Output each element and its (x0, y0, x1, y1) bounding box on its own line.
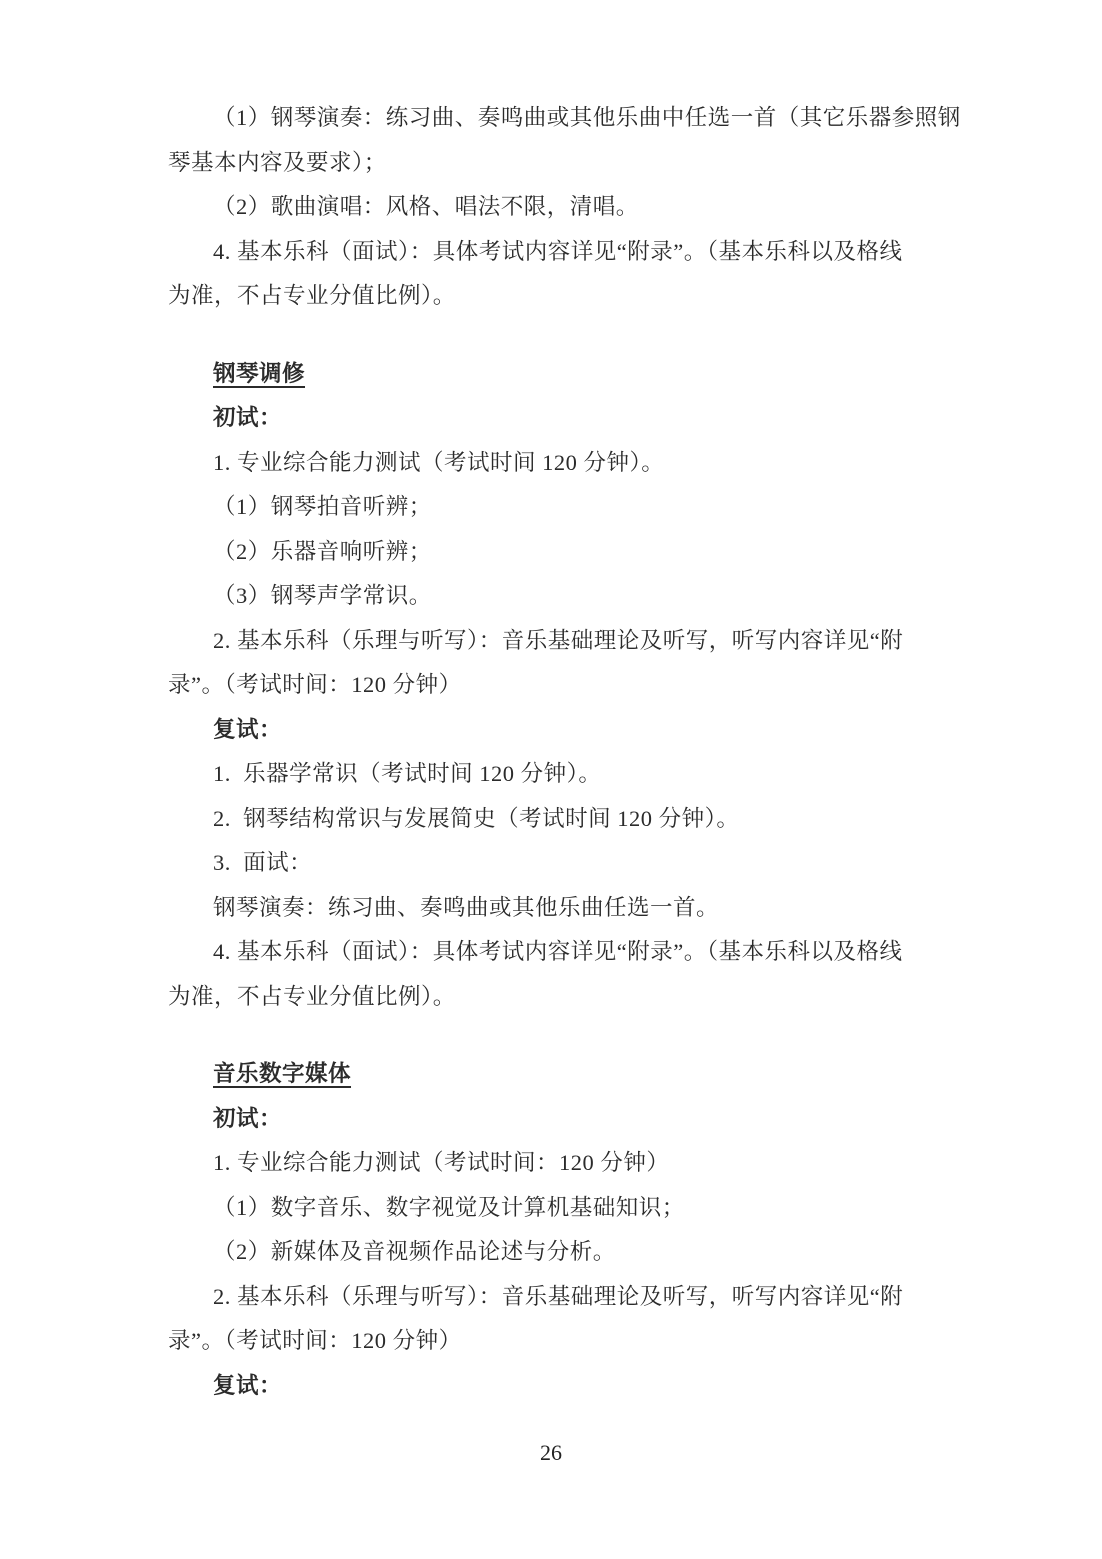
text-line: 为准，不占专业分值比例）。 (168, 975, 940, 1020)
line-text: （1）钢琴演奏：练习曲、奏鸣曲或其他乐曲中任选一首（其它乐器参照钢 (213, 105, 961, 130)
line-text: 复试： (213, 717, 282, 742)
line-text: 复试： (213, 1373, 282, 1398)
line-text: 钢琴演奏：练习曲、奏鸣曲或其他乐曲任选一首。 (213, 895, 719, 920)
text-line: （2）新媒体及音视频作品论述与分析。 (168, 1230, 940, 1275)
text-line: 1. 乐器学常识（考试时间 120 分钟）。 (168, 752, 940, 797)
line-text: 2. 钢琴结构常识与发展简史（考试时间 120 分钟）。 (213, 806, 739, 831)
line-text: （2）歌曲演唱：风格、唱法不限，清唱。 (213, 194, 639, 219)
stage-subheading: 初试： (168, 396, 940, 441)
text-line: 为准，不占专业分值比例）。 (168, 274, 940, 319)
text-line: 3. 面试： (168, 841, 940, 886)
document-page: （1）钢琴演奏：练习曲、奏鸣曲或其他乐曲中任选一首（其它乐器参照钢琴基本内容及要… (0, 0, 1102, 1559)
line-text: （3）钢琴声学常识。 (213, 583, 432, 608)
document-body: （1）钢琴演奏：练习曲、奏鸣曲或其他乐曲中任选一首（其它乐器参照钢琴基本内容及要… (168, 96, 940, 1408)
line-text: 初试： (213, 1106, 282, 1131)
line-text: 1. 乐器学常识（考试时间 120 分钟）。 (213, 761, 601, 786)
section-heading: 音乐数字媒体 (168, 1052, 940, 1097)
page-number: 26 (0, 1440, 1102, 1466)
stage-subheading: 复试： (168, 1364, 940, 1409)
line-text: 4. 基本乐科（面试）：具体考试内容详见“附录”。（基本乐科以及格线 (213, 239, 902, 264)
text-line: 1. 专业综合能力测试（考试时间 120 分钟）。 (168, 441, 940, 486)
text-line: 录”。（考试时间：120 分钟） (168, 1319, 940, 1364)
line-text: 琴基本内容及要求）； (168, 150, 387, 175)
text-line: 4. 基本乐科（面试）：具体考试内容详见“附录”。（基本乐科以及格线 (168, 230, 940, 275)
line-text: 音乐数字媒体 (213, 1061, 351, 1086)
text-line: （2）歌曲演唱：风格、唱法不限，清唱。 (168, 185, 940, 230)
line-text: （2）乐器音响听辨； (213, 539, 432, 564)
line-text: 录”。（考试时间：120 分钟） (168, 1328, 462, 1353)
line-text: 录”。（考试时间：120 分钟） (168, 672, 462, 697)
text-line: 4. 基本乐科（面试）：具体考试内容详见“附录”。（基本乐科以及格线 (168, 930, 940, 975)
stage-subheading: 复试： (168, 708, 940, 753)
line-text: 2. 基本乐科（乐理与听写）：音乐基础理论及听写，听写内容详见“附 (213, 1284, 903, 1309)
line-text: 1. 专业综合能力测试（考试时间：120 分钟） (213, 1150, 669, 1175)
text-line: （1）钢琴演奏：练习曲、奏鸣曲或其他乐曲中任选一首（其它乐器参照钢 (168, 96, 940, 141)
line-text: 为准，不占专业分值比例）。 (168, 283, 456, 308)
line-text: （1）钢琴拍音听辨； (213, 494, 432, 519)
text-line: 1. 专业综合能力测试（考试时间：120 分钟） (168, 1141, 940, 1186)
section-heading: 钢琴调修 (168, 352, 940, 397)
text-line: 钢琴演奏：练习曲、奏鸣曲或其他乐曲任选一首。 (168, 886, 940, 931)
stage-subheading: 初试： (168, 1097, 940, 1142)
text-line: （2）乐器音响听辨； (168, 530, 940, 575)
text-line: （1）钢琴拍音听辨； (168, 485, 940, 530)
line-text: 钢琴调修 (213, 361, 305, 386)
text-line: 2. 基本乐科（乐理与听写）：音乐基础理论及听写，听写内容详见“附 (168, 619, 940, 664)
text-line: 2. 钢琴结构常识与发展简史（考试时间 120 分钟）。 (168, 797, 940, 842)
line-text: 2. 基本乐科（乐理与听写）：音乐基础理论及听写，听写内容详见“附 (213, 628, 903, 653)
line-text: 初试： (213, 405, 282, 430)
text-line: （3）钢琴声学常识。 (168, 574, 940, 619)
text-line: （1）数字音乐、数字视觉及计算机基础知识； (168, 1186, 940, 1231)
line-text: 1. 专业综合能力测试（考试时间 120 分钟）。 (213, 450, 664, 475)
line-text: （1）数字音乐、数字视觉及计算机基础知识； (213, 1195, 685, 1220)
text-line: 录”。（考试时间：120 分钟） (168, 663, 940, 708)
line-text: （2）新媒体及音视频作品论述与分析。 (213, 1239, 616, 1264)
text-line: 琴基本内容及要求）； (168, 141, 940, 186)
text-line: 2. 基本乐科（乐理与听写）：音乐基础理论及听写，听写内容详见“附 (168, 1275, 940, 1320)
line-text: 4. 基本乐科（面试）：具体考试内容详见“附录”。（基本乐科以及格线 (213, 939, 902, 964)
line-text: 3. 面试： (213, 850, 312, 875)
line-text: 为准，不占专业分值比例）。 (168, 984, 456, 1009)
